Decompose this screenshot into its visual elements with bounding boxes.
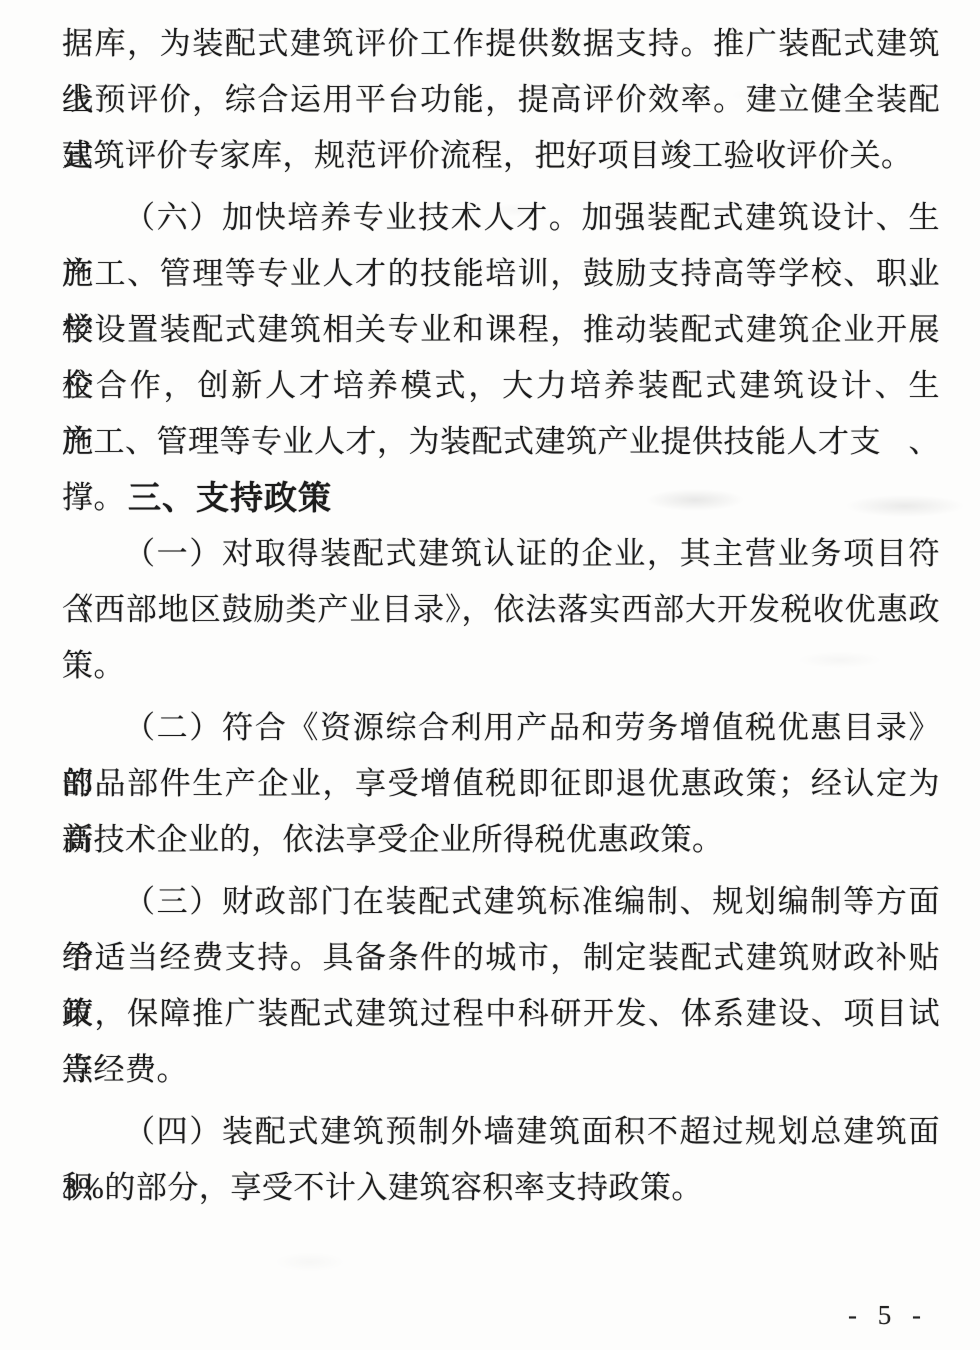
text-line: 《西部地区鼓励类产业目录》，依法落实西部大开发税收优惠政 [62, 582, 940, 638]
text-line: 施工、管理等专业人才的技能培训，鼓励支持高等学校、职业学 [62, 246, 940, 302]
paragraph: 据库，为装配式建筑评价工作提供数据支持。推广装配式建筑线 上预评价，综合运用平台… [62, 16, 940, 184]
text-line: 策，保障推广装配式建筑过程中科研开发、体系建设、项目试点 [62, 986, 940, 1042]
paragraph: （二）符合《资源综合利用产品和劳务增值税优惠目录》的 部品部件生产企业，享受增值… [62, 700, 940, 868]
text-line: （四）装配式建筑预制外墙建筑面积不超过规划总建筑面积 [62, 1104, 940, 1160]
text-line: （三）财政部门在装配式建筑标准编制、规划编制等方面给 [62, 874, 940, 930]
text-line: 策。 [62, 638, 940, 694]
text-line: （一）对取得装配式建筑认证的企业，其主营业务项目符合 [62, 526, 940, 582]
scanned-document-page: 据库，为装配式建筑评价工作提供数据支持。推广装配式建筑线 上预评价，综合运用平台… [0, 0, 980, 1350]
paragraph: （六）加快培养专业技术人才。加强装配式建筑设计、生产、 施工、管理等专业人才的技… [62, 190, 940, 470]
text-line: （二）符合《资源综合利用产品和劳务增值税优惠目录》的 [62, 700, 940, 756]
page-number: - 5 - [848, 1300, 928, 1331]
text-line: 上预评价，综合运用平台功能，提高评价效率。建立健全装配式 [62, 72, 940, 128]
paragraph: （一）对取得装配式建筑认证的企业，其主营业务项目符合 《西部地区鼓励类产业目录》… [62, 526, 940, 694]
text-line: 施工、管理等专业人才，为装配式建筑产业提供技能人才支撑。 [62, 414, 940, 470]
section-heading: 三、支持政策 [62, 470, 940, 526]
text-line: 等经费。 [62, 1042, 940, 1098]
section-heading-text: 三、支持政策 [62, 470, 940, 526]
text-line: 校设置装配式建筑相关专业和课程，推动装配式建筑企业开展校 [62, 302, 940, 358]
text-line: 企合作，创新人才培养模式，大力培养装配式建筑设计、生产、 [62, 358, 940, 414]
text-line: 部品部件生产企业，享受增值税即征即退优惠政策；经认定为高 [62, 756, 940, 812]
document-body: 据库，为装配式建筑评价工作提供数据支持。推广装配式建筑线 上预评价，综合运用平台… [62, 0, 940, 1216]
text-line: （六）加快培养专业技术人才。加强装配式建筑设计、生产、 [62, 190, 940, 246]
text-line: 予适当经费支持。具备条件的城市，制定装配式建筑财政补贴政 [62, 930, 940, 986]
text-line: 建筑评价专家库，规范评价流程，把好项目竣工验收评价关。 [62, 128, 940, 184]
text-line: 3%的部分，享受不计入建筑容积率支持政策。 [62, 1160, 940, 1216]
text-line: 据库，为装配式建筑评价工作提供数据支持。推广装配式建筑线 [62, 16, 940, 72]
paragraph: （四）装配式建筑预制外墙建筑面积不超过规划总建筑面积 3%的部分，享受不计入建筑… [62, 1104, 940, 1216]
text-line: 新技术企业的，依法享受企业所得税优惠政策。 [62, 812, 940, 868]
paragraph: （三）财政部门在装配式建筑标准编制、规划编制等方面给 予适当经费支持。具备条件的… [62, 874, 940, 1098]
